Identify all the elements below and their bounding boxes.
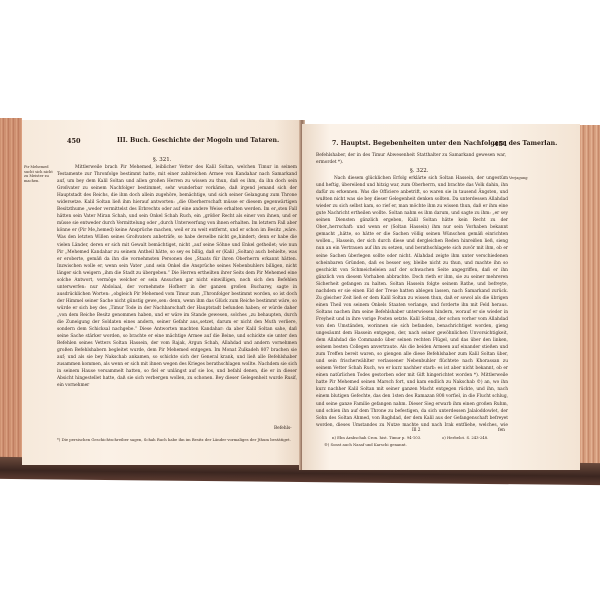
catchword: Befehls-	[274, 426, 292, 431]
footnote: ®) Sonst auch Nasaf und Karschi genannt.	[324, 442, 464, 448]
margin-note: Verjagung	[509, 176, 549, 181]
footnote: n) Ebn Arabschah Cron. hist. Timur p. 94…	[332, 435, 442, 441]
footnote: o) Herbelot. S. 243-248.	[442, 435, 512, 441]
intro-text: Befehlshaber, der in des Timur Abwesenhe…	[316, 152, 506, 167]
page-edges-right	[580, 125, 600, 470]
signature-mark: Ill 2	[412, 428, 421, 433]
page-number: 451	[494, 140, 508, 148]
footnote: *) Die persischen Geschichtschreiber sag…	[57, 437, 297, 443]
page-number: 450	[67, 137, 81, 145]
section-number: §. 321.	[153, 157, 172, 163]
catchword: fen	[498, 428, 505, 433]
left-page: 450 III. Buch. Geschichte der Mogoln und…	[22, 120, 302, 465]
page-edges-left	[0, 118, 22, 468]
right-page: 7. Hauptst. Begebenheiten unter den Nach…	[302, 124, 580, 470]
section-number: §. 322.	[410, 168, 429, 174]
body-text: Nach diesem glücklichen Erfolg erklärte …	[316, 175, 508, 429]
running-head: III. Buch. Geschichte der Mogoln und Tat…	[117, 137, 279, 144]
body-text: Mittlerweile brach Pir Mehemed, leiblich…	[57, 164, 297, 426]
running-head: 7. Hauptst. Begebenheiten unter den Nach…	[332, 140, 557, 147]
margin-note: Pir Mehemed sucht sich nicht zu Meister …	[24, 165, 56, 183]
